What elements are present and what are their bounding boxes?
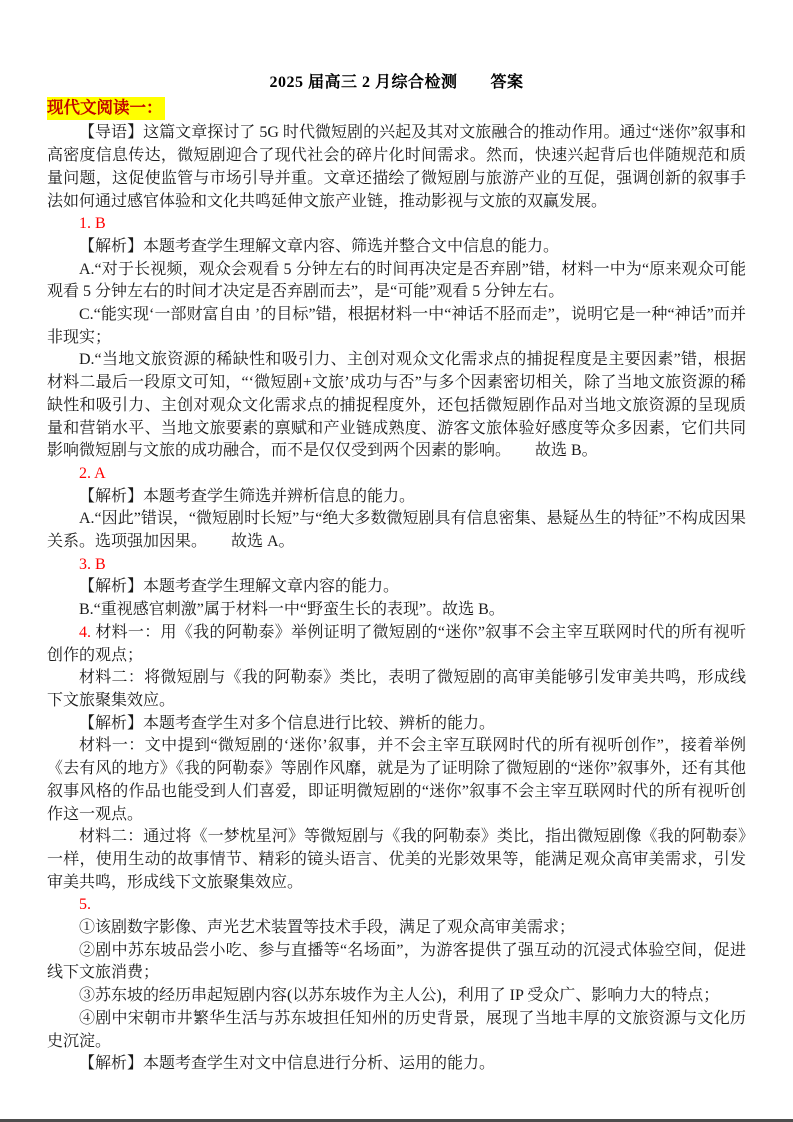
paragraph-text: 【导语】这篇文章探讨了 5G 时代微短剧的兴起及其对文旅融合的推动作用。通过“迷… <box>47 124 746 209</box>
answer-line-5: 5. <box>47 894 746 917</box>
paragraph-text: A.“对于长视频，观众会观看 5 分钟左右的时间再决定是否弃剧”错，材料一中为“… <box>47 261 746 301</box>
point-3-paragraph: ③苏东坡的经历串起短剧内容(以苏东坡作为主人公)，利用了 IP 受众广、影响力大… <box>47 985 746 1008</box>
document-content: 2025 届高三 2 月综合检测 答案 现代文阅读一： 【导语】这篇文章探讨了 … <box>0 0 793 1076</box>
section-heading-row: 现代文阅读一： <box>47 97 746 121</box>
paragraph-text: 【解析】本题考查学生理解文章内容的能力。 <box>79 578 399 595</box>
paragraph-text: 【解析】本题考查学生理解文章内容、筛选并整合文中信息的能力。 <box>79 238 559 255</box>
answer-number: 3. B <box>79 556 106 573</box>
option-a-paragraph: A.“因此”错误，“微短剧时长短”与“绝大多数微短剧具有信息密集、悬疑丛生的特征… <box>47 508 746 553</box>
section-heading: 现代文阅读一： <box>47 97 165 121</box>
point-2-paragraph: ②剧中苏东坡品尝小吃、参与直播等“名场面”，为游客提供了强互动的沉浸式体验空间，… <box>47 940 746 985</box>
paragraph-text: 【解析】本题考查学生对文中信息进行分析、运用的能力。 <box>79 1055 495 1072</box>
answer-line-1: 1. B <box>47 213 746 236</box>
point-4-paragraph: ④剧中宋朝市井繁华生活与苏东坡担任知州的历史背景，展现了当地丰厚的文旅资源与文化… <box>47 1008 746 1053</box>
answer-number: 2. A <box>79 465 106 482</box>
analysis-paragraph: 【解析】本题考查学生对多个信息进行比较、辨析的能力。 <box>47 713 746 736</box>
paragraph-text: 材料一：文中提到“微短剧的‘迷你’叙事，并不会主宰互联网时代的所有视听创作”，接… <box>47 737 746 822</box>
document-title: 2025 届高三 2 月综合检测 答案 <box>47 72 746 95</box>
paragraph-text: 【解析】本题考查学生对多个信息进行比较、辨析的能力。 <box>79 715 495 732</box>
point-1-paragraph: ①该剧数字影像、声光艺术装置等技术手段，满足了观众高审美需求； <box>47 917 746 940</box>
paragraph-text: ④剧中宋朝市井繁华生活与苏东坡担任知州的历史背景，展现了当地丰厚的文旅资源与文化… <box>47 1010 746 1050</box>
paragraph-text: ③苏东坡的经历串起短剧内容(以苏东坡作为主人公)，利用了 IP 受众广、影响力大… <box>79 987 719 1004</box>
option-a-paragraph: A.“对于长视频，观众会观看 5 分钟左右的时间再决定是否弃剧”错，材料一中为“… <box>47 259 746 304</box>
paragraph-text: C.“能实现‘一部财富自由 ’的目标”错，根据材料一中“神话不胫而走”，说明它是… <box>47 306 746 346</box>
analysis-paragraph: 【解析】本题考查学生筛选并辨析信息的能力。 <box>47 486 746 509</box>
paragraph-text: D.“当地文旅资源的稀缺性和吸引力、主创对观众文化需求点的捕捉程度是主要因素”错… <box>47 351 746 459</box>
answer-line-2: 2. A <box>47 463 746 486</box>
intro-paragraph: 【导语】这篇文章探讨了 5G 时代微短剧的兴起及其对文旅融合的推动作用。通过“迷… <box>47 122 746 213</box>
answer-line-3: 3. B <box>47 554 746 577</box>
answer-number: 1. B <box>79 215 106 232</box>
answer-number: 5. <box>79 896 91 913</box>
paragraph-text: 材料二：通过将《一梦枕星河》等微短剧与《我的阿勒泰》类比，指出微短剧像《我的阿勒… <box>47 828 746 890</box>
paragraph-text: 材料一：用《我的阿勒泰》举例证明了微短剧的“迷你”叙事不会主宰互联网时代的所有视… <box>47 624 746 664</box>
option-d-paragraph: D.“当地文旅资源的稀缺性和吸引力、主创对观众文化需求点的捕捉程度是主要因素”错… <box>47 349 746 463</box>
paragraph-text: A.“因此”错误，“微短剧时长短”与“绝大多数微短剧具有信息密集、悬疑丛生的特征… <box>47 510 746 550</box>
document-page: 2025 届高三 2 月综合检测 答案 现代文阅读一： 【导语】这篇文章探讨了 … <box>0 0 793 1122</box>
paragraph-text: 材料二：将微短剧与《我的阿勒泰》类比，表明了微短剧的高审美能够引发审美共鸣，形成… <box>47 669 746 709</box>
analysis-paragraph: 【解析】本题考查学生理解文章内容、筛选并整合文中信息的能力。 <box>47 236 746 259</box>
answer-number: 4. <box>79 624 95 641</box>
material-1-detail-paragraph: 材料一：文中提到“微短剧的‘迷你’叙事，并不会主宰互联网时代的所有视听创作”，接… <box>47 735 746 826</box>
paragraph-text: ①该剧数字影像、声光艺术装置等技术手段，满足了观众高审美需求； <box>79 919 575 936</box>
paragraph-text: B.“重视感官刺激”属于材料一中“野蛮生长的表现”。故选 B。 <box>79 601 505 618</box>
material-2-detail-paragraph: 材料二：通过将《一梦枕星河》等微短剧与《我的阿勒泰》类比，指出微短剧像《我的阿勒… <box>47 826 746 894</box>
material-2-paragraph: 材料二：将微短剧与《我的阿勒泰》类比，表明了微短剧的高审美能够引发审美共鸣，形成… <box>47 667 746 712</box>
analysis-paragraph: 【解析】本题考查学生理解文章内容的能力。 <box>47 576 746 599</box>
paragraph-text: 【解析】本题考查学生筛选并辨析信息的能力。 <box>79 488 415 505</box>
paragraph-text: ②剧中苏东坡品尝小吃、参与直播等“名场面”，为游客提供了强互动的沉浸式体验空间，… <box>47 942 746 982</box>
analysis-paragraph: 【解析】本题考查学生对文中信息进行分析、运用的能力。 <box>47 1053 746 1076</box>
answer-line-4: 4. 材料一：用《我的阿勒泰》举例证明了微短剧的“迷你”叙事不会主宰互联网时代的… <box>47 622 746 667</box>
option-c-paragraph: C.“能实现‘一部财富自由 ’的目标”错，根据材料一中“神话不胫而走”，说明它是… <box>47 304 746 349</box>
option-b-paragraph: B.“重视感官刺激”属于材料一中“野蛮生长的表现”。故选 B。 <box>47 599 746 622</box>
